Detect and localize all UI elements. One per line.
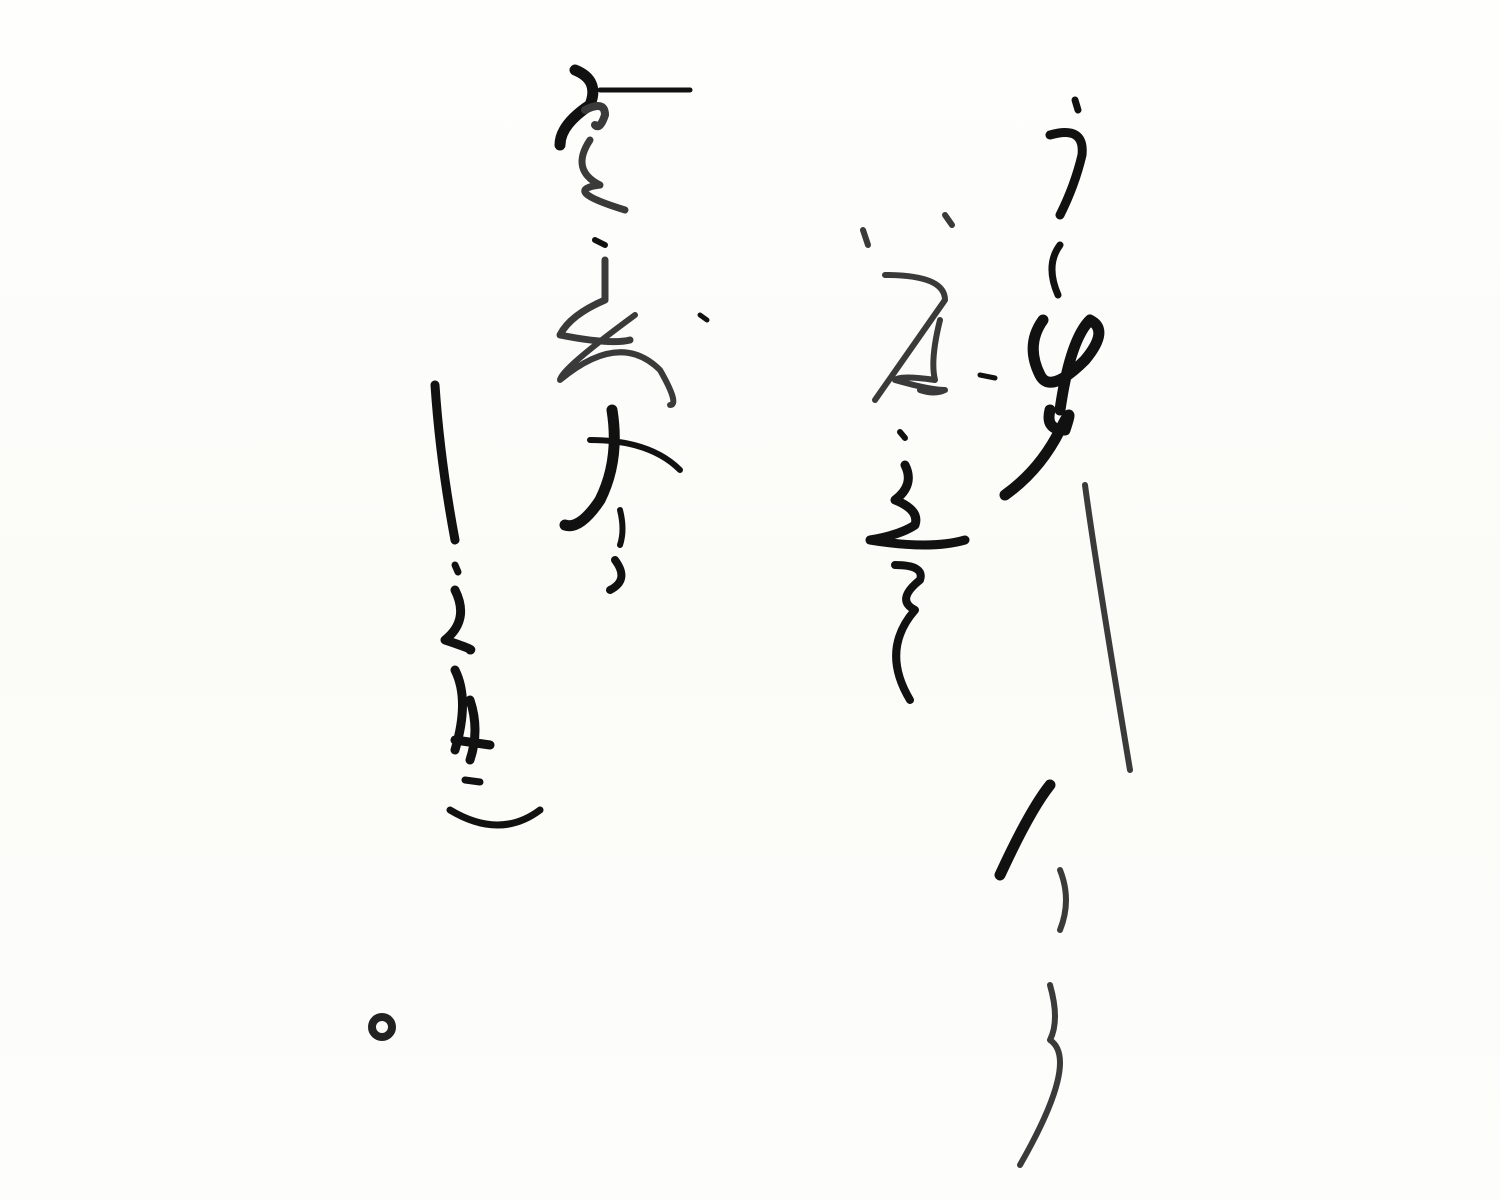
calligraphy-strokes <box>0 0 1500 1200</box>
column-3 <box>560 70 707 590</box>
column-1 <box>1000 100 1130 1165</box>
column-2 <box>863 215 995 700</box>
column-4 <box>372 385 540 1037</box>
